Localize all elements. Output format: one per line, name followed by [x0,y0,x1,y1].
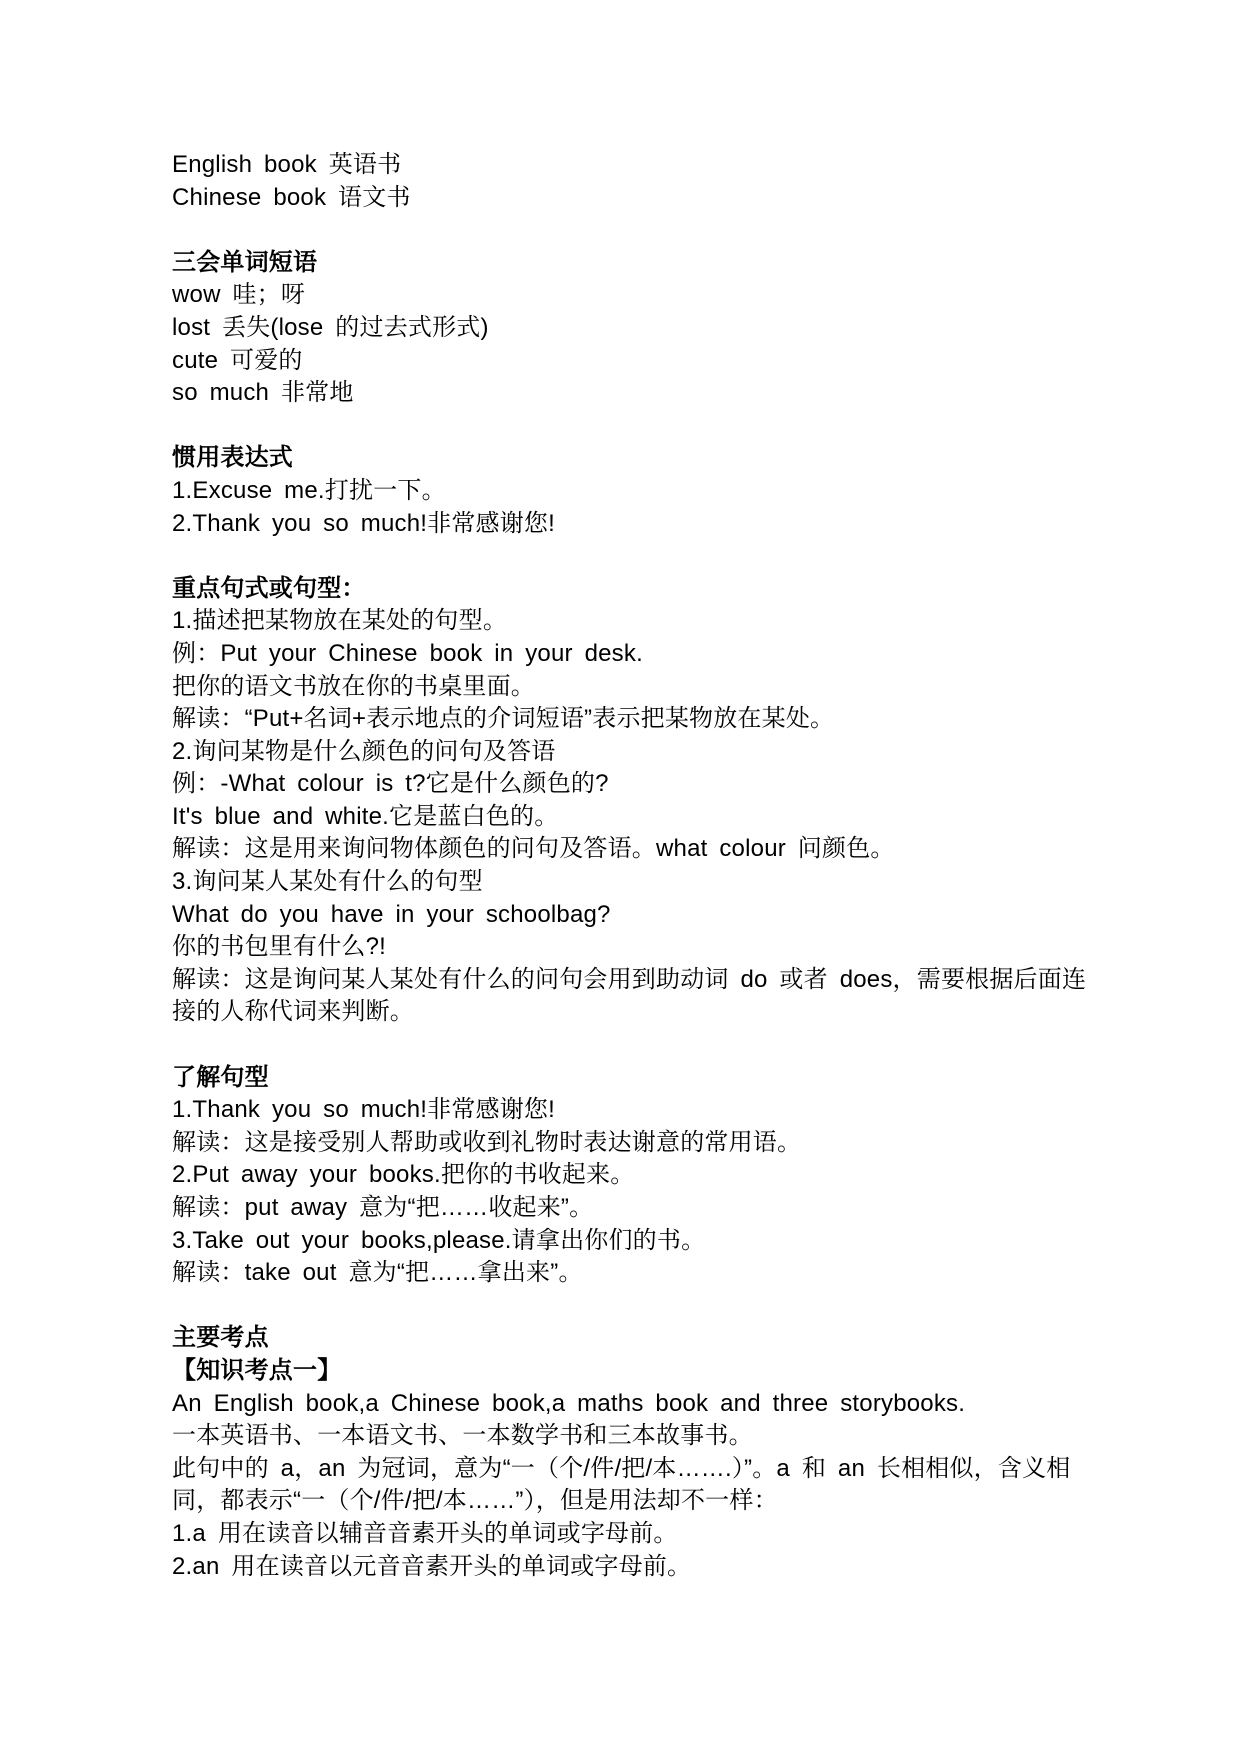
text-line: so much 非常地 [172,377,1084,410]
text-line: 1.Excuse me.打扰一下。 [172,475,1084,508]
section-heading: 重点句式或句型： [172,573,1084,606]
blank-line [172,540,1084,573]
text-line: 解读：这是询问某人某处有什么的问句会用到助动词 do 或者 does，需要根据后… [172,964,1084,997]
text-line: 解读：这是用来询问物体颜色的问句及答语。what colour 问颜色。 [172,833,1084,866]
text-line: 例：-What colour is t?它是什么颜色的? [172,768,1084,801]
text-line: 解读：这是接受别人帮助或收到礼物时表达谢意的常用语。 [172,1127,1084,1160]
blank-line [172,1290,1084,1323]
section-heading: 惯用表达式 [172,442,1084,475]
text-line: 此句中的 a，an 为冠词，意为“一（个/件/把/本…….）”。a 和 an 长… [172,1453,1084,1486]
text-line: 解读：take out 意为“把……拿出来”。 [172,1257,1084,1290]
text-line: 2.询问某物是什么颜色的问句及答语 [172,736,1084,769]
text-line: 你的书包里有什么?! [172,931,1084,964]
text-line: It's blue and white.它是蓝白色的。 [172,801,1084,834]
text-line: 2.Put away your books.把你的书收起来。 [172,1159,1084,1192]
section-heading: 【知识考点一】 [172,1355,1084,1388]
text-line: 同，都表示“一（个/件/把/本……”），但是用法却不一样： [172,1485,1084,1518]
text-line: cute 可爱的 [172,345,1084,378]
blank-line [172,410,1084,443]
text-line: 3.Take out your books,please.请拿出你们的书。 [172,1225,1084,1258]
document-page: English book 英语书Chinese book 语文书 三会单词短语w… [0,0,1241,1754]
text-line: 接的人称代词来判断。 [172,996,1084,1029]
text-line: wow 哇；呀 [172,279,1084,312]
text-line: 2.an 用在读音以元音音素开头的单词或字母前。 [172,1551,1084,1584]
text-line: An English book,a Chinese book,a maths b… [172,1388,1084,1421]
text-line: 解读：“Put+名词+表示地点的介词短语”表示把某物放在某处。 [172,703,1084,736]
text-line: English book 英语书 [172,149,1084,182]
blank-line [172,214,1084,247]
text-line: 例：Put your Chinese book in your desk. [172,638,1084,671]
text-line: 1.描述把某物放在某处的句型。 [172,605,1084,638]
text-line: What do you have in your schoolbag? [172,899,1084,932]
text-line: 3.询问某人某处有什么的句型 [172,866,1084,899]
section-heading: 了解句型 [172,1062,1084,1095]
section-heading: 三会单词短语 [172,247,1084,280]
text-line: 把你的语文书放在你的书桌里面。 [172,671,1084,704]
text-line: 2.Thank you so much!非常感谢您! [172,508,1084,541]
document-content: English book 英语书Chinese book 语文书 三会单词短语w… [172,149,1084,1583]
text-line: 1.a 用在读音以辅音音素开头的单词或字母前。 [172,1518,1084,1551]
text-line: 一本英语书、一本语文书、一本数学书和三本故事书。 [172,1420,1084,1453]
text-line: lost 丢失(lose 的过去式形式) [172,312,1084,345]
text-line: Chinese book 语文书 [172,182,1084,215]
section-heading: 主要考点 [172,1322,1084,1355]
text-line: 1.Thank you so much!非常感谢您! [172,1094,1084,1127]
blank-line [172,1029,1084,1062]
text-line: 解读：put away 意为“把……收起来”。 [172,1192,1084,1225]
